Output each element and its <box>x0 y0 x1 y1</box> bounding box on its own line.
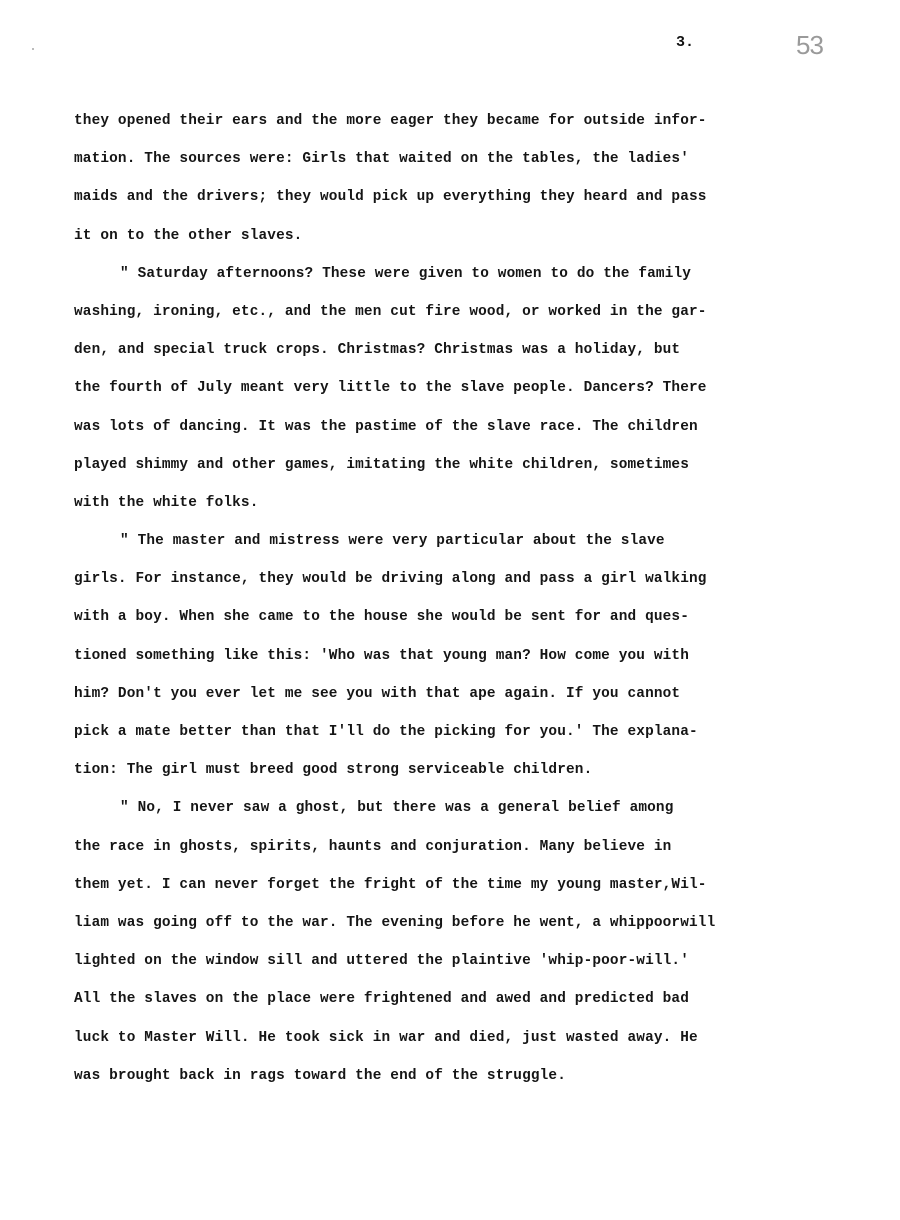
text-line: pick a mate better than that I'll do the… <box>74 721 774 759</box>
text-line: the fourth of July meant very little to … <box>74 377 774 415</box>
text-line: was brought back in rags toward the end … <box>74 1065 774 1103</box>
archive-stamp-number: 53 <box>796 30 823 61</box>
text-line: washing, ironing, etc., and the men cut … <box>74 301 774 339</box>
paragraph: " The master and mistress were very part… <box>74 530 774 797</box>
text-line: luck to Master Will. He took sick in war… <box>74 1027 774 1065</box>
text-line: mation. The sources were: Girls that wai… <box>74 148 774 186</box>
document-page: 3. 53 they opened their ears and the mor… <box>0 0 900 1220</box>
document-body: they opened their ears and the more eage… <box>74 110 774 1103</box>
text-line: was lots of dancing. It was the pastime … <box>74 416 774 454</box>
text-line: tion: The girl must breed good strong se… <box>74 759 774 797</box>
text-line: they opened their ears and the more eage… <box>74 110 774 148</box>
text-line: " Saturday afternoons? These were given … <box>74 263 774 301</box>
text-line: All the slaves on the place were frighte… <box>74 988 774 1026</box>
text-line: " The master and mistress were very part… <box>74 530 774 568</box>
text-line: the race in ghosts, spirits, haunts and … <box>74 836 774 874</box>
paragraph: " No, I never saw a ghost, but there was… <box>74 797 774 1103</box>
paragraph: " Saturday afternoons? These were given … <box>74 263 774 530</box>
text-line: den, and special truck crops. Christmas?… <box>74 339 774 377</box>
text-line: liam was going off to the war. The eveni… <box>74 912 774 950</box>
text-line: tioned something like this: 'Who was tha… <box>74 645 774 683</box>
text-line: them yet. I can never forget the fright … <box>74 874 774 912</box>
text-line: it on to the other slaves. <box>74 225 774 263</box>
text-line: " No, I never saw a ghost, but there was… <box>74 797 774 835</box>
text-line: him? Don't you ever let me see you with … <box>74 683 774 721</box>
text-line: maids and the drivers; they would pick u… <box>74 186 774 224</box>
page-number: 3. <box>676 34 694 51</box>
text-line: with the white folks. <box>74 492 774 530</box>
text-line: girls. For instance, they would be drivi… <box>74 568 774 606</box>
text-line: with a boy. When she came to the house s… <box>74 606 774 644</box>
text-line: played shimmy and other games, imitating… <box>74 454 774 492</box>
paragraph: they opened their ears and the more eage… <box>74 110 774 263</box>
scan-speck <box>32 48 34 50</box>
text-line: lighted on the window sill and uttered t… <box>74 950 774 988</box>
